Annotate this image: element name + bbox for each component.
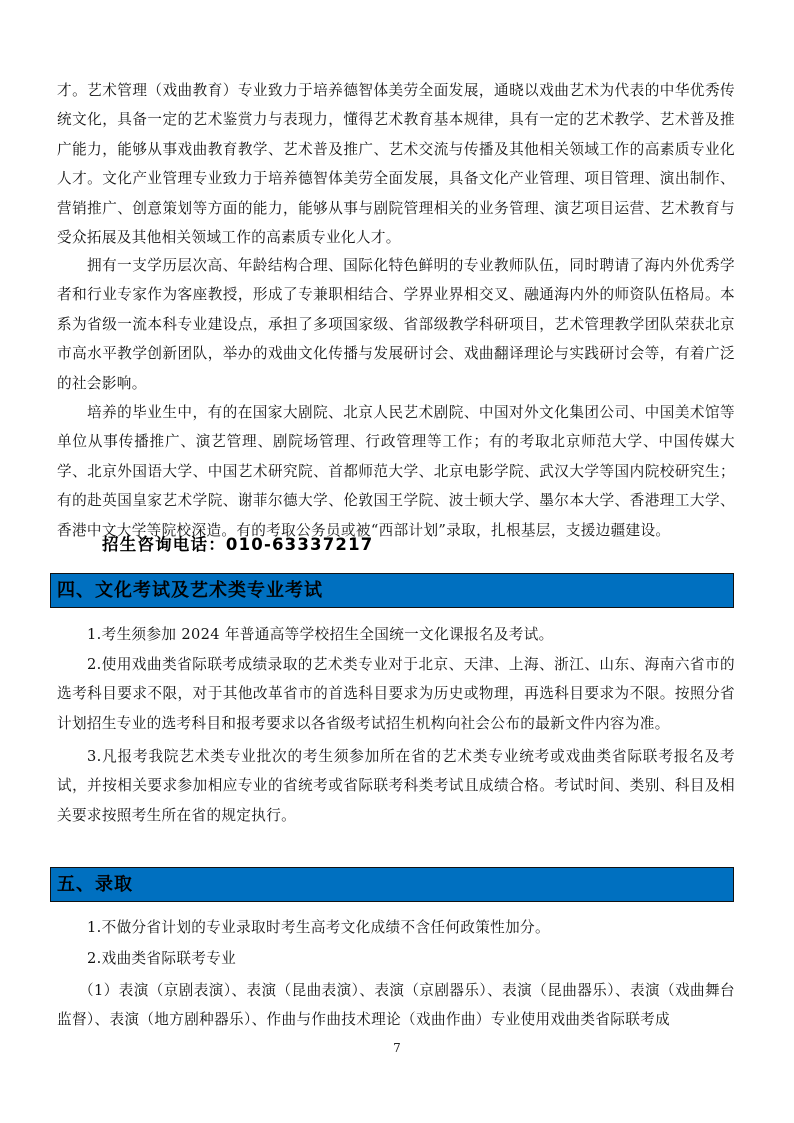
admission-item-2: 2.戏曲类省际联考专业: [57, 944, 735, 973]
paragraph-faculty: 拥有一支学历层次高、年龄结构合理、国际化特色鲜明的专业教师队伍，同时聘请了海内外…: [57, 251, 735, 398]
admission-item-1: 1.不做分省计划的专业录取时考生高考文化成绩不含任何政策性加分。: [57, 913, 735, 942]
exam-item-2: 2.使用戏曲类省际联考成绩录取的艺术类专业对于北京、天津、上海、浙江、山东、海南…: [57, 650, 735, 738]
admission-item-2-1: （1）表演（京剧表演）、表演（昆曲表演）、表演（京剧器乐）、表演（昆曲器乐）、表…: [57, 976, 735, 1035]
exam-item-3: 3.凡报考我院艺术类专业批次的考生须参加所在省的艺术类专业统考或戏曲类省际联考报…: [57, 742, 735, 830]
section-title-admission: 五、录取: [57, 868, 133, 901]
section-header-exams: 四、文化考试及艺术类专业考试: [50, 573, 734, 608]
paragraph-major-descriptions: 才。艺术管理（戏曲教育）专业致力于培养德智体美劳全面发展，通晓以戏曲艺术为代表的…: [57, 76, 735, 252]
page-number: 7: [0, 1041, 794, 1055]
section-header-admission: 五、录取: [50, 867, 734, 902]
section-title-exams: 四、文化考试及艺术类专业考试: [57, 574, 323, 607]
admissions-phone: 招生咨询电话：010-63337217: [102, 530, 373, 560]
exam-item-1: 1.考生须参加 2024 年普通高等学校招生全国统一文化课报名及考试。: [57, 620, 735, 649]
paragraph-graduates: 培养的毕业生中，有的在国家大剧院、北京人民艺术剧院、中国对外文化集团公司、中国美…: [57, 398, 735, 545]
document-page: 才。艺术管理（戏曲教育）专业致力于培养德智体美劳全面发展，通晓以戏曲艺术为代表的…: [0, 0, 794, 1123]
